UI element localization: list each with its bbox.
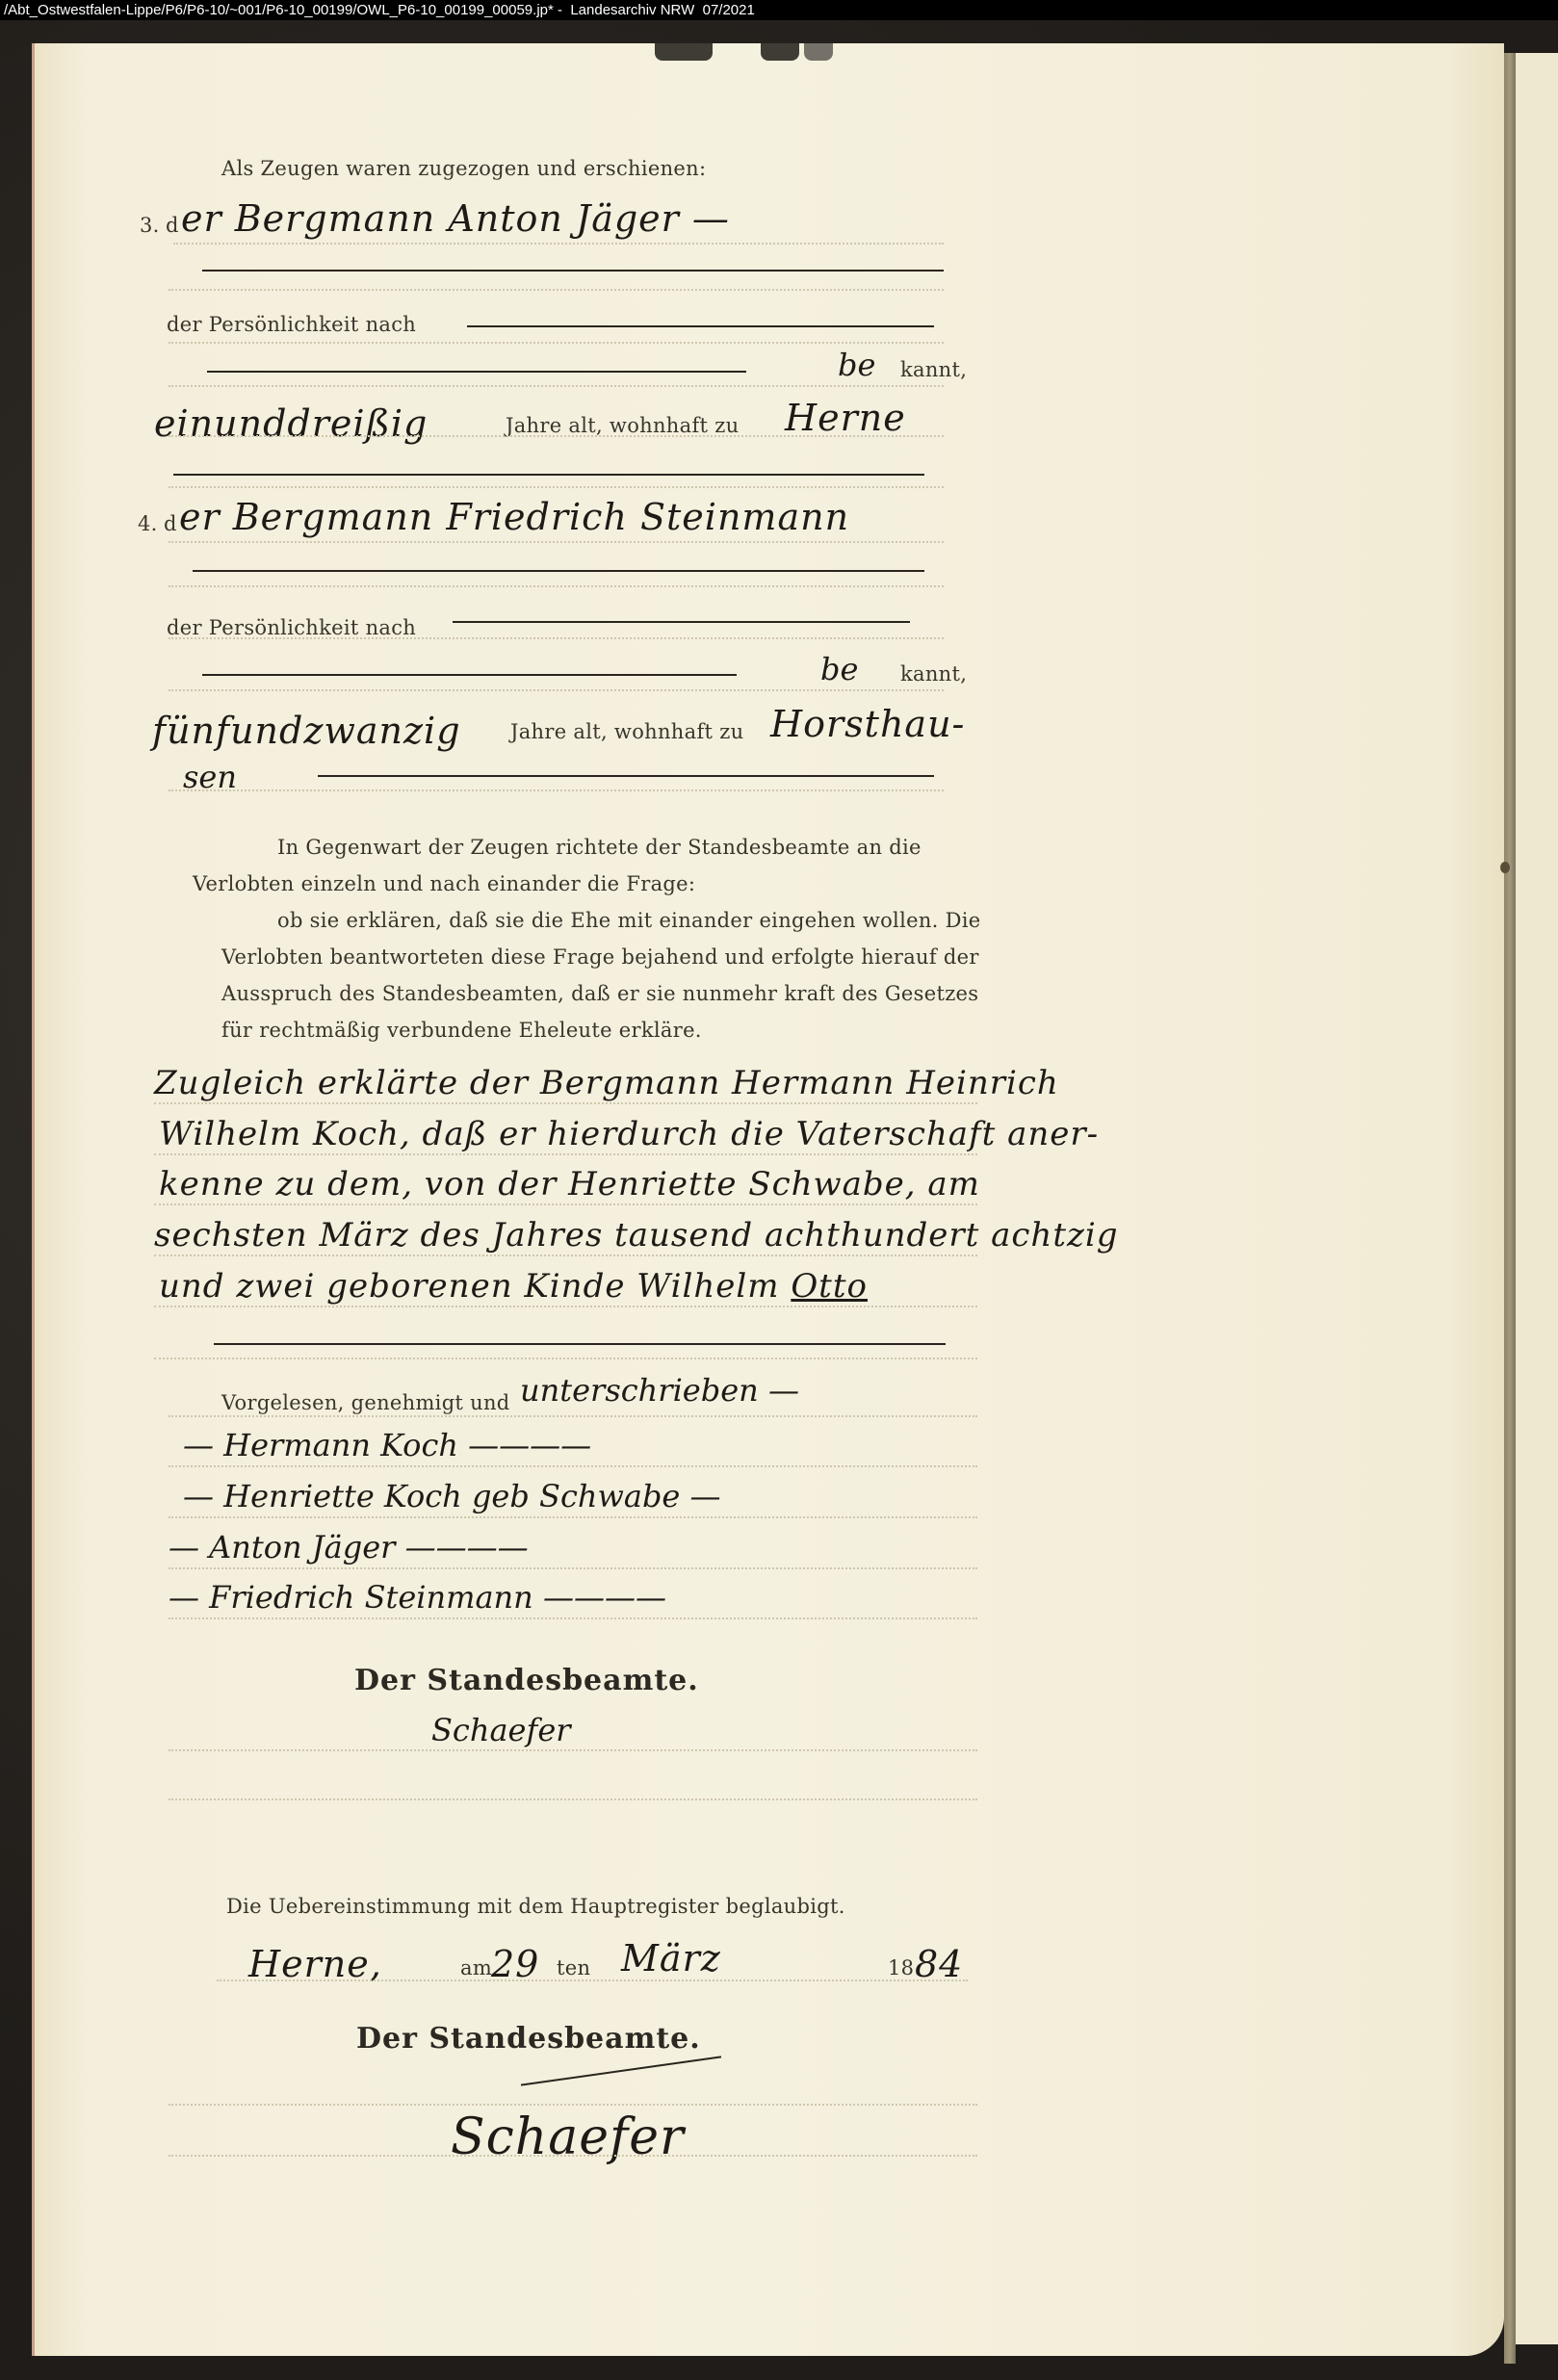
fill-line (202, 674, 737, 676)
registrar-signature: Schaefer (451, 2108, 685, 2166)
witnesses-heading: Als Zeugen waren zugezogen und erschiene… (221, 157, 706, 180)
form-dotted-line (154, 1203, 977, 1205)
child-name-otto: Otto (791, 1267, 868, 1306)
form-dotted-line (169, 541, 944, 543)
form-dotted-line (154, 1153, 977, 1155)
signing-label: Vorgelesen, genehmigt und (221, 1391, 510, 1414)
fill-line (467, 325, 934, 327)
signature-groom: — Hermann Koch ———— (183, 1427, 591, 1463)
witness-4-known-print: kannt, (900, 662, 967, 686)
signature-bride: — Henriette Koch geb Schwabe — (183, 1478, 721, 1514)
witness-4-age-label: Jahre alt, wohnhaft zu (510, 720, 743, 743)
form-dotted-line (169, 2104, 977, 2106)
witness-3-prefix: d (166, 214, 179, 237)
witness-3-age-label: Jahre alt, wohnhaft zu (506, 414, 739, 437)
fill-line (202, 270, 944, 272)
witness-4-name: er Bergmann Friedrich Steinmann (179, 496, 849, 538)
addendum-line-text: und zwei geborenen Kinde Wilhelm (159, 1267, 791, 1306)
form-dotted-line (169, 289, 944, 291)
addendum-line: kenne zu dem, von der Henriette Schwabe,… (159, 1165, 980, 1203)
witness-3-residence: Herne (785, 397, 906, 439)
page-tear (761, 43, 799, 61)
certification-text: Die Uebereinstimmung mit dem Hauptregist… (226, 1895, 845, 1918)
witness-4-number: 4. (138, 512, 158, 535)
fill-line (173, 474, 924, 476)
declaration-line: Verlobten beantworteten diese Frage beja… (221, 945, 979, 969)
witness-4-prefix: d (164, 512, 177, 535)
page-tear (804, 43, 833, 61)
form-dotted-line (154, 1255, 977, 1256)
registrar-title: Der Standesbeamte. (354, 1664, 699, 1697)
form-dotted-line (169, 689, 944, 691)
adjacent-page (1516, 53, 1558, 2344)
form-dotted-line (169, 789, 944, 791)
addendum-line: und zwei geborenen Kinde Wilhelm Otto (159, 1267, 868, 1306)
witness-3-name: er Bergmann Anton Jäger — (181, 197, 730, 240)
form-dotted-line (217, 1979, 968, 1981)
registrar-signature: Schaefer (431, 1712, 571, 1748)
witness-3-identity-label: der Persönlichkeit nach (167, 313, 416, 336)
certification-ten: ten (557, 1956, 590, 1979)
signature-witness-3: — Anton Jäger ———— (169, 1529, 529, 1565)
form-dotted-line (169, 1617, 977, 1619)
page-tear (655, 43, 713, 61)
fill-line (193, 570, 924, 572)
addendum-line: Zugleich erklärte der Bergmann Hermann H… (154, 1064, 1059, 1102)
witness-3-age: einunddreißig (154, 402, 428, 445)
form-dotted-line (169, 637, 944, 639)
form-dotted-line (154, 1358, 977, 1359)
binding-mark (1500, 862, 1510, 873)
addendum-line: sechsten März des Jahres tausend achthun… (154, 1216, 1119, 1255)
form-dotted-line (154, 1306, 977, 1307)
signature-witness-4: — Friedrich Steinmann ———— (169, 1579, 666, 1616)
witness-4-known-hand: be (820, 651, 858, 687)
witness-3-known-print: kannt, (900, 358, 967, 381)
form-dotted-line (169, 1798, 977, 1800)
form-dotted-line (169, 1749, 977, 1751)
form-dotted-line (169, 585, 944, 587)
fill-line (207, 371, 746, 373)
witness-4-age: fünfundzwanzig (152, 710, 461, 752)
window-title-bar: /Abt_Ostwestfalen-Lippe/P6/P6-10/~001/P6… (0, 0, 1558, 20)
registrar-title: Der Standesbeamte. (356, 2022, 701, 2056)
fill-line (318, 775, 934, 777)
declaration-line: für rechtmäßig verbundene Eheleute erklä… (221, 1019, 702, 1042)
form-dotted-line (169, 486, 944, 488)
addendum-line: Wilhelm Koch, daß er hierdurch die Vater… (159, 1115, 1099, 1153)
certification-month: März (621, 1937, 721, 1979)
form-dotted-line (154, 1102, 977, 1104)
witness-3-number: 3. (140, 214, 160, 237)
declaration-line: ob sie erklären, daß sie die Ehe mit ein… (277, 909, 980, 932)
declaration-line: Ausspruch des Standesbeamten, daß er sie… (221, 982, 978, 1005)
fill-line (453, 621, 910, 623)
form-dotted-line (173, 243, 944, 245)
form-dotted-line (169, 342, 944, 344)
fill-line (214, 1343, 946, 1345)
form-dotted-line (169, 1516, 977, 1518)
certification-am: am (460, 1956, 492, 1979)
certification-year-print: 18 (888, 1956, 914, 1979)
witness-3-known-hand: be (838, 347, 875, 383)
declaration-line: In Gegenwart der Zeugen richtete der Sta… (277, 836, 922, 859)
form-dotted-line (169, 2155, 977, 2157)
form-dotted-line (169, 435, 944, 437)
witness-4-identity-label: der Persönlichkeit nach (167, 616, 416, 639)
form-dotted-line (169, 1465, 977, 1467)
form-dotted-line (169, 385, 944, 387)
book-gutter (1504, 53, 1516, 2364)
signing-hand: unterschrieben — (520, 1372, 799, 1409)
form-dotted-line (169, 1415, 977, 1417)
witness-4-residence: Horsthau- (770, 703, 965, 745)
declaration-line: Verlobten einzeln und nach einander die … (193, 872, 695, 895)
form-dotted-line (169, 1567, 977, 1569)
